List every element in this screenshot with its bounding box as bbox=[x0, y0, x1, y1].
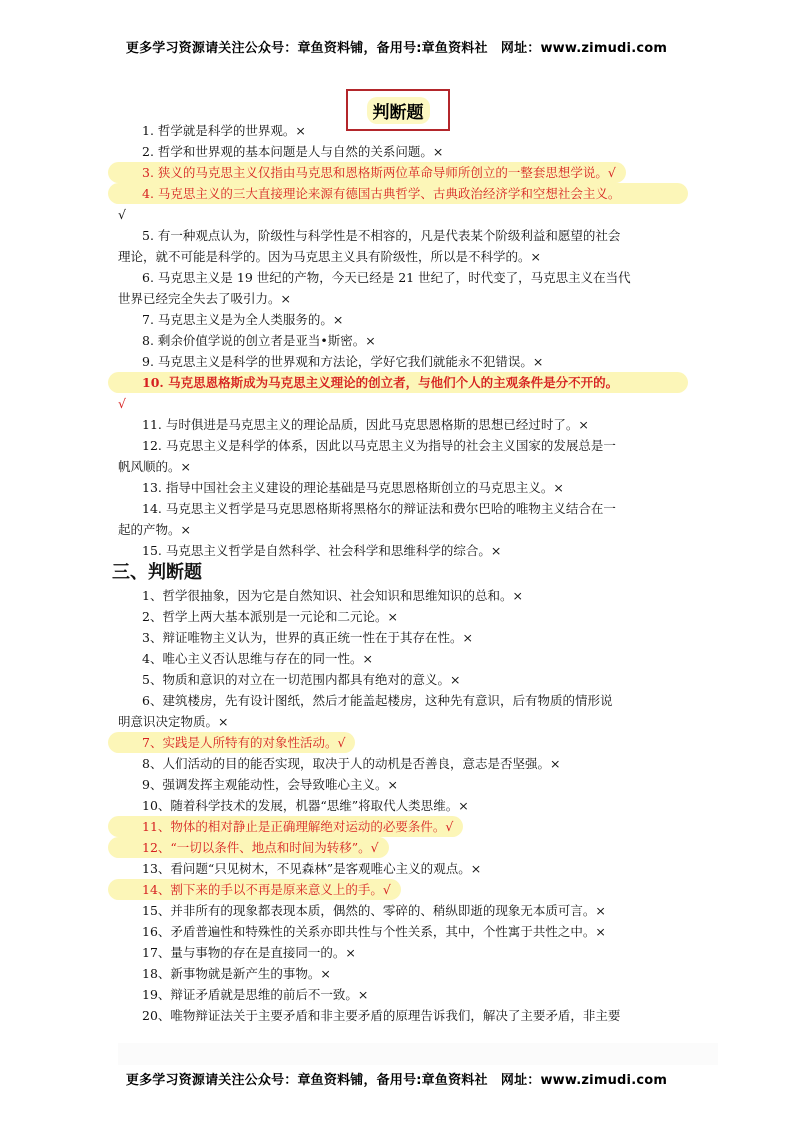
question-item: 11. 与时俱进是马克思主义的理论品质，因此马克思恩格斯的思想已经过时了。× bbox=[118, 414, 678, 435]
question-item-highlighted: 4. 马克思主义的三大直接理论来源有德国古典哲学、古典政治经济学和空想社会主义。 bbox=[118, 183, 678, 204]
footer-shade bbox=[118, 1043, 718, 1065]
question-item-continued: 帆风顺的。× bbox=[118, 456, 678, 477]
question-item: 13. 指导中国社会主义建设的理论基础是马克思恩格斯创立的马克思主义。× bbox=[118, 477, 678, 498]
question-item: 19、辩证矛盾就是思维的前后不一致。× bbox=[118, 984, 678, 1005]
question-item-highlighted: 14、割下来的手以不再是原来意义上的手。√ bbox=[118, 879, 678, 900]
header-banner: 更多学习资源请关注公众号：章鱼资料铺，备用号:章鱼资料社 网址：www.zimu… bbox=[0, 37, 793, 56]
question-item: 17、量与事物的存在是直接同一的。× bbox=[118, 942, 678, 963]
question-item: 13、看问题“只见树木，不见森林”是客观唯心主义的观点。× bbox=[118, 858, 678, 879]
question-item: 14. 马克思主义哲学是马克思恩格斯将黑格尔的辩证法和费尔巴哈的唯物主义结合在一 bbox=[118, 498, 678, 519]
question-item-highlighted: 10. 马克思恩格斯成为马克思主义理论的创立者，与他们个人的主观条件是分不开的。 bbox=[118, 372, 678, 393]
question-item-continued: 理论，就不可能是科学的。因为马克思主义具有阶级性，所以是不科学的。× bbox=[118, 246, 678, 267]
question-item: 15. 马克思主义哲学是自然科学、社会科学和思维科学的综合。× bbox=[118, 540, 678, 561]
question-item: 9. 马克思主义是科学的世界观和方法论，学好它我们就能永不犯错误。× bbox=[118, 351, 678, 372]
question-item-highlighted: 3. 狭义的马克思主义仅指由马克思和恩格斯两位革命导师所创立的一整套思想学说。√ bbox=[118, 162, 678, 183]
question-item-continued: 明意识决定物质。× bbox=[118, 711, 678, 732]
question-item: 16、矛盾普遍性和特殊性的关系亦即共性与个性关系，其中，个性寓于共性之中。× bbox=[118, 921, 678, 942]
document-body: 1. 哲学就是科学的世界观。× 2. 哲学和世界观的基本问题是人与自然的关系问题… bbox=[118, 120, 678, 1026]
question-item-highlighted: 7、实践是人所特有的对象性活动。√ bbox=[118, 732, 678, 753]
question-item: 8、人们活动的目的能否实现，取决于人的动机是否善良，意志是否坚强。× bbox=[118, 753, 678, 774]
question-item: 8. 剩余价值学说的创立者是亚当•斯密。× bbox=[118, 330, 678, 351]
question-item: 4、唯心主义否认思维与存在的同一性。× bbox=[118, 648, 678, 669]
question-item: 10、随着科学技术的发展，机器“思维”将取代人类思维。× bbox=[118, 795, 678, 816]
question-item: 6. 马克思主义是 19 世纪的产物，今天已经是 21 世纪了，时代变了，马克思… bbox=[118, 267, 678, 288]
question-item: 18、新事物就是新产生的事物。× bbox=[118, 963, 678, 984]
question-item: 3、辩证唯物主义认为，世界的真正统一性在于其存在性。× bbox=[118, 627, 678, 648]
question-item: 7. 马克思主义是为全人类服务的。× bbox=[118, 309, 678, 330]
question-item-highlighted: 12、“一切以条件、地点和时间为转移”。√ bbox=[118, 837, 678, 858]
question-item: 5. 有一种观点认为，阶级性与科学性是不相容的，凡是代表某个阶级利益和愿望的社会 bbox=[118, 225, 678, 246]
question-item: 9、强调发挥主观能动性，会导致唯心主义。× bbox=[118, 774, 678, 795]
question-item: 2、哲学上两大基本派别是一元论和二元论。× bbox=[118, 606, 678, 627]
question-item: 1. 哲学就是科学的世界观。× bbox=[118, 120, 678, 141]
section-heading: 三、判断题 bbox=[112, 561, 678, 585]
question-item: 2. 哲学和世界观的基本问题是人与自然的关系问题。× bbox=[118, 141, 678, 162]
question-item: 12. 马克思主义是科学的体系，因此以马克思主义为指导的社会主义国家的发展总是一 bbox=[118, 435, 678, 456]
question-item: 5、物质和意识的对立在一切范围内都具有绝对的意义。× bbox=[118, 669, 678, 690]
footer-banner: 更多学习资源请关注公众号：章鱼资料铺，备用号:章鱼资料社 网址：www.zimu… bbox=[0, 1069, 793, 1088]
question-item-continued: 世界已经完全失去了吸引力。× bbox=[118, 288, 678, 309]
answer-mark: √ bbox=[118, 204, 678, 225]
question-item: 1、哲学很抽象，因为它是自然知识、社会知识和思维知识的总和。× bbox=[118, 585, 678, 606]
question-item: 15、并非所有的现象都表现本质，偶然的、零碎的、稍纵即逝的现象无本质可言。× bbox=[118, 900, 678, 921]
question-item-continued: 起的产物。× bbox=[118, 519, 678, 540]
question-item-highlighted: 11、物体的相对静止是正确理解绝对运动的必要条件。√ bbox=[118, 816, 678, 837]
question-item: 20、唯物辩证法关于主要矛盾和非主要矛盾的原理告诉我们，解决了主要矛盾，非主要 bbox=[118, 1005, 678, 1026]
question-item: 6、建筑楼房，先有设计图纸，然后才能盖起楼房，这种先有意识，后有物质的情形说 bbox=[118, 690, 678, 711]
answer-mark: √ bbox=[118, 393, 678, 414]
